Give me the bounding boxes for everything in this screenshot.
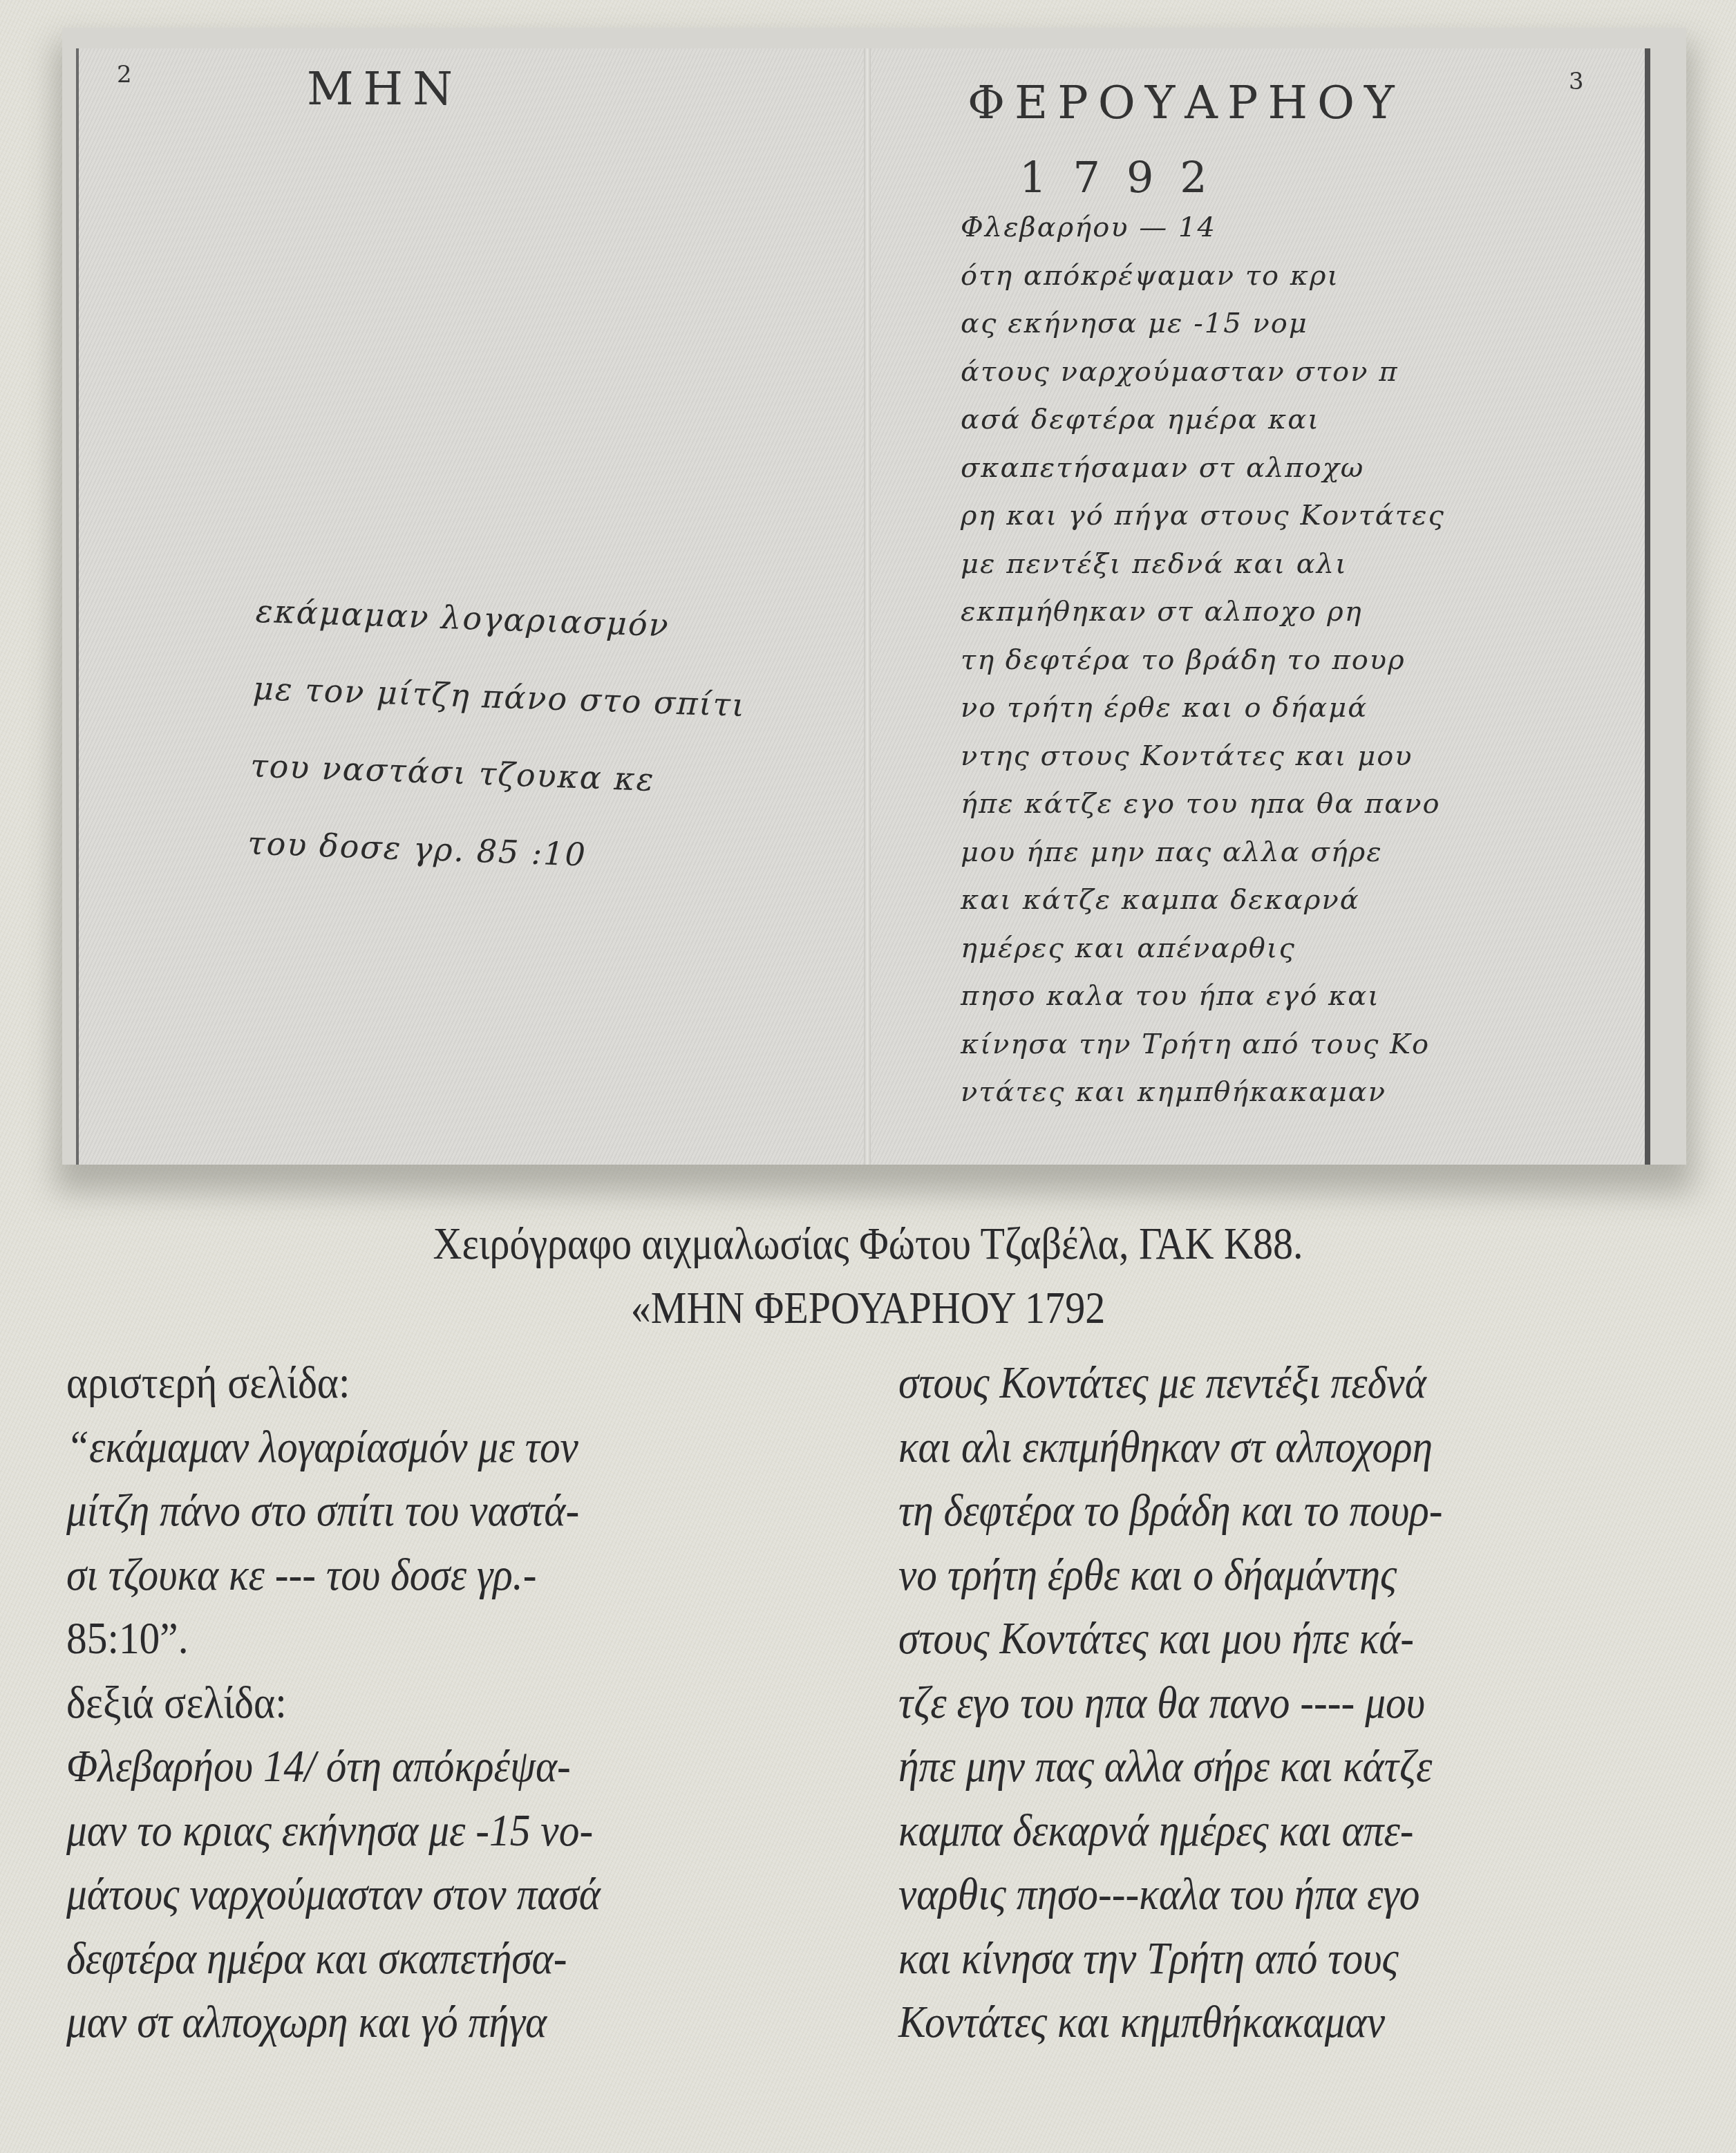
left-page-handwriting: εκάμαμαν λογαριασμόν με τον μίτζη πάνο σ… bbox=[246, 572, 750, 899]
transcription-line: στους Κοντάτες και μου ήπε κά- bbox=[898, 1607, 1620, 1671]
transcription-line: καμπα δεκαρνά ημέρες και απε- bbox=[898, 1799, 1620, 1863]
book-gutter bbox=[864, 48, 871, 1165]
handwriting-line: ημέρες και απέναρθις bbox=[961, 925, 1445, 973]
manuscript-left-page: 2 ΜΗΝ εκάμαμαν λογαριασμόν με τον μίτζη … bbox=[76, 48, 867, 1165]
handwriting-line: Φλεβαρήου — 14 bbox=[961, 204, 1445, 252]
transcription-left-column: αριστερή σελίδα: “εκάμαμαν λογαρίασμόν μ… bbox=[66, 1351, 868, 2055]
caption-title: Χειρόγραφο αιχμαλωσίας Φώτου Τζαβέλα, ΓΑ… bbox=[104, 1218, 1632, 1270]
handwriting-line: σκαπετήσαμαν στ αλποχω bbox=[961, 444, 1445, 493]
handwriting-line: ασά δεφτέρα ημέρα και bbox=[961, 396, 1445, 444]
handwriting-line: ήπε κάτζε εγο του ηπα θα πανο bbox=[961, 780, 1445, 829]
transcription-line: και κίνησα την Τρήτη από τους bbox=[898, 1927, 1620, 1991]
handwriting-line: εκπμήθηκαν στ αλποχο ρη bbox=[961, 588, 1445, 637]
transcription-line: Κοντάτες και κημπθήκακαμαν bbox=[898, 1991, 1620, 2055]
handwriting-line: τη δεφτέρα το βράδη το πουρ bbox=[961, 637, 1445, 685]
handwriting-line: άτους ναρχούμασταν στον π bbox=[961, 348, 1445, 397]
transcription-line: ήπε μην πας αλλα σήρε και κάτζε bbox=[898, 1735, 1620, 1799]
transcription-line: στους Κοντάτες με πεντέξι πεδνά bbox=[898, 1351, 1620, 1416]
left-page-number: 2 bbox=[117, 61, 132, 88]
manuscript-year: 1792 bbox=[1019, 152, 1234, 203]
transcription-line: Φλεβαρήου 14/ ότη απόκρέψα- bbox=[66, 1735, 788, 1799]
handwriting-line: ντάτες και κημπθήκακαμαν bbox=[961, 1069, 1445, 1117]
handwriting-line: κίνησα την Τρήτη από τους Κο bbox=[961, 1021, 1445, 1069]
right-page-header: ΦΕΡΟΥΑΡΗΟΥ bbox=[968, 76, 1404, 129]
right-page-handwriting: Φλεβαρήου — 14 ότη απόκρέψαμαν το κρι ας… bbox=[961, 204, 1445, 1117]
handwriting-line: πησο καλα του ήπα εγό και bbox=[961, 972, 1445, 1021]
transcription-line: και αλι εκπμήθηκαν στ αλποχορη bbox=[898, 1416, 1620, 1480]
transcription-line: μαν στ αλποχωρη και γό πήγα bbox=[66, 1991, 788, 2055]
manuscript-right-page: ΦΕΡΟΥΑΡΗΟΥ 3 1792 Φλεβαρήου — 14 ότη από… bbox=[871, 48, 1650, 1165]
handwriting-line: ντης στους Κοντάτες και μου bbox=[961, 733, 1445, 781]
transcription-line: ναρθις πησο---καλα του ήπα εγο bbox=[898, 1863, 1620, 1927]
handwriting-line: του δοσε γρ. 85 :10 bbox=[246, 804, 742, 899]
handwriting-line: νο τρήτη έρθε και ο δήαμά bbox=[961, 684, 1445, 733]
left-page-header: ΜΗΝ bbox=[307, 62, 462, 115]
manuscript-photo: 2 ΜΗΝ εκάμαμαν λογαριασμόν με τον μίτζη … bbox=[62, 28, 1686, 1165]
handwriting-line: ότη απόκρέψαμαν το κρι bbox=[961, 252, 1445, 301]
transcription-line: “εκάμαμαν λογαρίασμόν με τον bbox=[66, 1416, 788, 1480]
transcription-line: μάτους ναρχούμασταν στον πασά bbox=[66, 1863, 788, 1927]
handwriting-line: μου ήπε μην πας αλλα σήρε bbox=[961, 829, 1445, 877]
transcription-line: 85:10”. bbox=[66, 1607, 788, 1671]
handwriting-line: ας εκήνησα με -15 νομ bbox=[961, 300, 1445, 348]
handwriting-line: και κάτζε καμπα δεκαρνά bbox=[961, 876, 1445, 925]
transcription-line: τζε εγο του ηπα θα πανο ---- μου bbox=[898, 1671, 1620, 1736]
transcription-line: τη δεφτέρα το βράδη και το πουρ- bbox=[898, 1479, 1620, 1543]
transcription-line: δεφτέρα ημέρα και σκαπετήσα- bbox=[66, 1927, 788, 1991]
handwriting-line: ρη και γό πήγα στους Κοντάτες bbox=[961, 492, 1445, 540]
transcription-line: μαν το κριας εκήνησα με -15 νο- bbox=[66, 1799, 788, 1863]
transcription-right-column: στους Κοντάτες με πεντέξι πεδνά και αλι … bbox=[898, 1351, 1700, 2055]
transcription-line: νο τρήτη έρθε και ο δήαμάντης bbox=[898, 1543, 1620, 1608]
transcription-line: δεξιά σελίδα: bbox=[66, 1671, 788, 1736]
transcription-line: σι τζουκα κε --- του δοσε γρ.- bbox=[66, 1543, 788, 1608]
right-page-number: 3 bbox=[1569, 68, 1584, 95]
transcription-line: μίτζη πάνο στο σπίτι του ναστά- bbox=[66, 1479, 788, 1543]
transcription-line: αριστερή σελίδα: bbox=[66, 1351, 788, 1416]
caption-subtitle: «ΜΗΝ ΦΕΡΟΥΑΡΗΟΥ 1792 bbox=[104, 1282, 1632, 1335]
handwriting-line: με πεντέξι πεδνά και αλι bbox=[961, 540, 1445, 589]
